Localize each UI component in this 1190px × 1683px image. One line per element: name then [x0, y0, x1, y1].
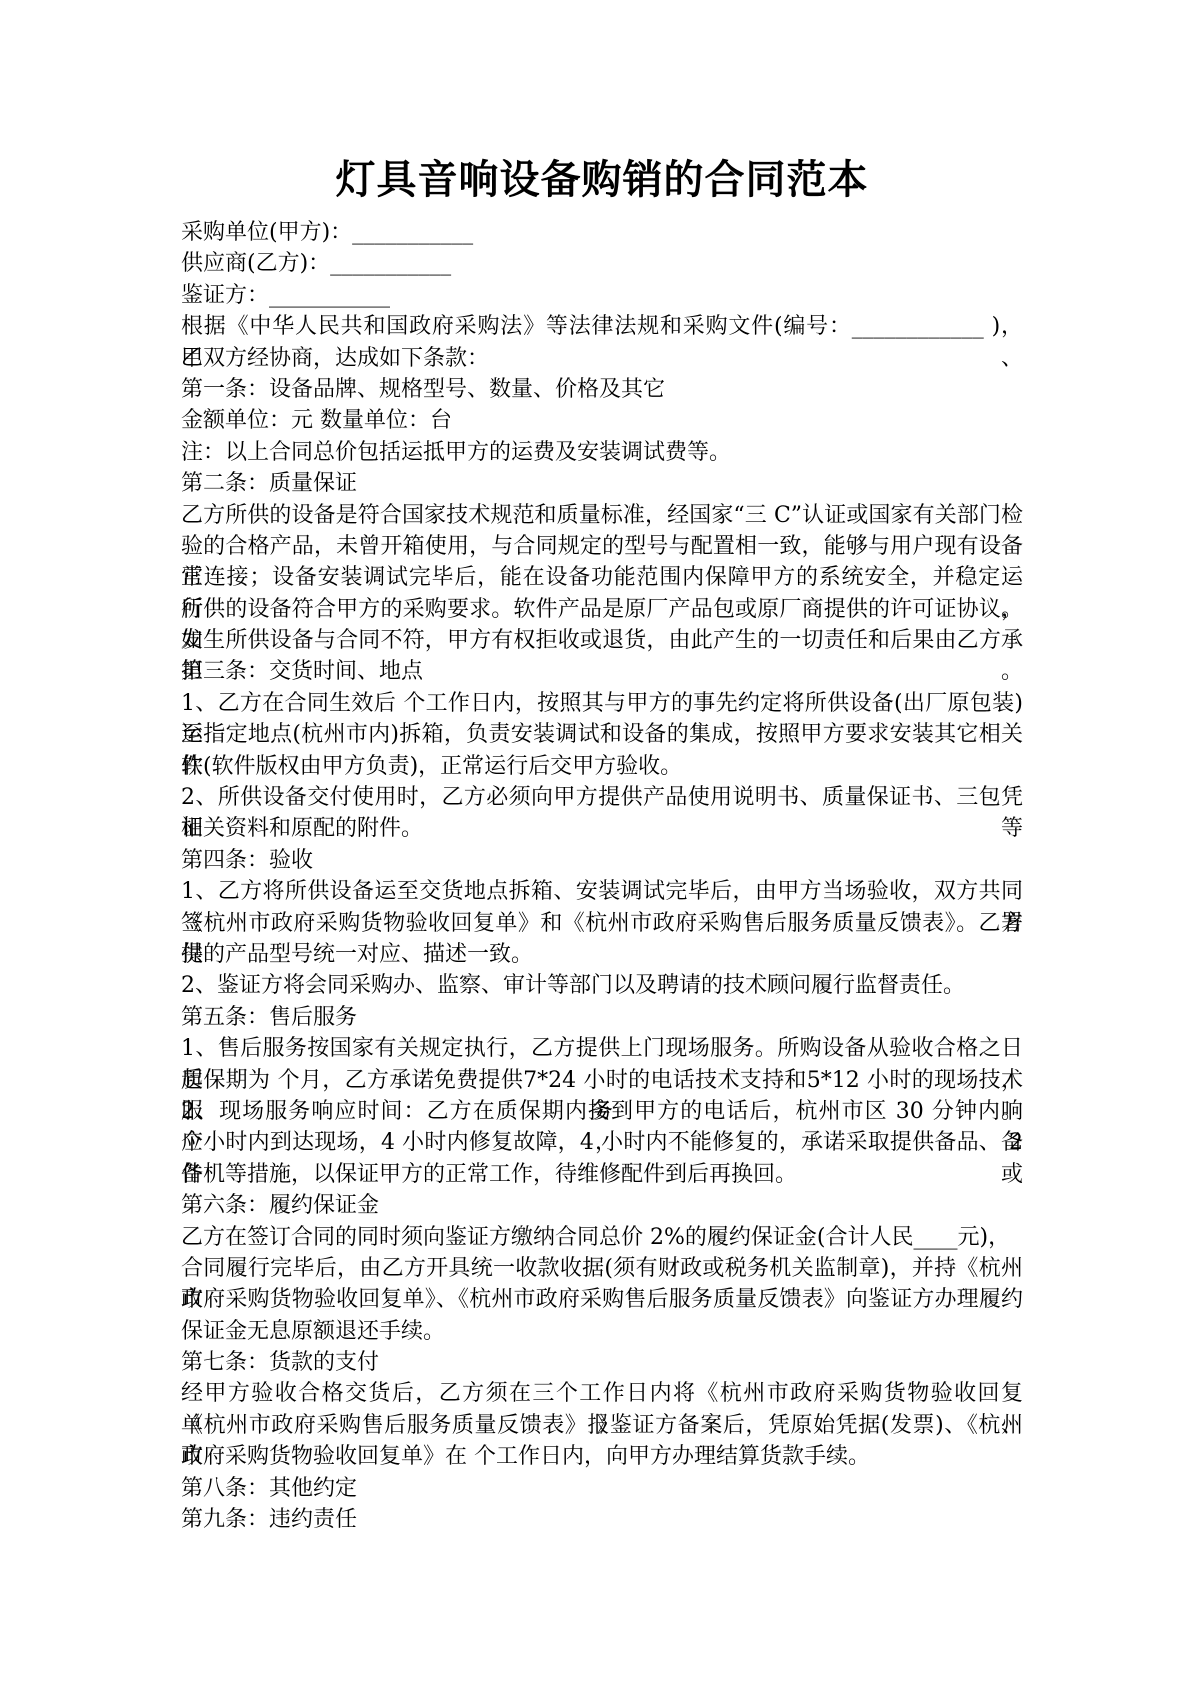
doc-line: 发生所供设备与合同不符，甲方有权拒收或退货，由此产生的一切责任和后果由乙方承担。: [181, 625, 1023, 656]
doc-line: 注：以上合同总价包括运抵甲方的运费及安装调试费等。: [181, 437, 1023, 468]
doc-line: 常连接；设备安装调试完毕后，能在设备功能范围内保障甲方的系统安全，并稳定运行，: [181, 562, 1023, 593]
doc-line: 政府采购货物验收回复单》在 个工作日内，向甲方办理结算货款手续。: [181, 1441, 1023, 1472]
doc-line: 保证金无息原额退还手续。: [181, 1316, 1023, 1347]
doc-line: 质保期为 个月，乙方承诺免费提供7*24 小时的电话技术支持和5*12 小时的现…: [181, 1065, 1023, 1096]
doc-line: 供的产品型号统一对应、描述一致。: [181, 939, 1023, 970]
section-heading-6: 第六条：履约保证金: [181, 1190, 1023, 1221]
section-heading-5: 第五条：售后服务: [181, 1002, 1023, 1033]
doc-line: 1、售后服务按国家有关规定执行，乙方提供上门现场服务。所购设备从验收合格之日起，: [181, 1033, 1023, 1064]
doc-line: 验的合格产品，未曾开箱使用，与合同规定的型号与配置相一致，能够与用户现有设备正: [181, 531, 1023, 562]
doc-line: 2、现场服务响应时间：乙方在质保期内接到甲方的电话后，杭州市区 30 分钟内响应…: [181, 1096, 1023, 1127]
document-title: 灯具音响设备购销的合同范本: [181, 154, 1023, 206]
doc-line: 《杭州市政府采购售后服务质量反馈表》报鉴证方备案后，凭原始凭据(发票)、《杭州市: [181, 1410, 1023, 1441]
doc-line: 合同履行完毕后，由乙方开具统一收款收据(须有财政或税务机关监制章)，并持《杭州市: [181, 1253, 1023, 1284]
doc-line: 经甲方验收合格交货后，乙方须在三个工作日内将《杭州市政府采购货物验收回复单》、: [181, 1378, 1023, 1409]
doc-line: 根据《中华人民共和国政府采购法》等法律法规和采购文件(编号：__________…: [181, 311, 1023, 342]
doc-line: 2、所供设备交付使用时，乙方必须向甲方提供产品使用说明书、质量保证书、三包凭证等: [181, 782, 1023, 813]
doc-line: 2、鉴证方将会同采购办、监察、审计等部门以及聘请的技术顾问履行监督责任。: [181, 970, 1023, 1001]
section-heading-1: 第一条：设备品牌、规格型号、数量、价格及其它: [181, 374, 1023, 405]
document-body: 采购单位(甲方)：___________ 供应商(乙方)：___________…: [181, 217, 1023, 1535]
doc-line: 政府采购货物验收回复单》、《杭州市政府采购售后服务质量反馈表》向鉴证方办理履约: [181, 1284, 1023, 1315]
doc-line: 《杭州市政府采购货物验收回复单》和《杭州市政府采购售后服务质量反馈表》。乙方提: [181, 908, 1023, 939]
doc-line: 乙方所供的设备是符合国家技术规范和质量标准，经国家“三 C”认证或国家有关部门检: [181, 500, 1023, 531]
doc-line: 所供的设备符合甲方的采购要求。软件产品是原厂产品包或原厂商提供的许可证协议。如: [181, 594, 1023, 625]
field-line-party-b: 供应商(乙方)：___________: [181, 248, 1023, 279]
doc-line: 件(软件版权由甲方负责)，正常运行后交甲方验收。: [181, 751, 1023, 782]
doc-line: 1、乙方在合同生效后 个工作日内，按照其与甲方的事先约定将所供设备(出厂原包装)…: [181, 688, 1023, 719]
section-heading-7: 第七条：货款的支付: [181, 1347, 1023, 1378]
document-page: 灯具音响设备购销的合同范本 采购单位(甲方)：___________ 供应商(乙…: [0, 0, 1190, 1683]
doc-line: 金额单位：元 数量单位：台: [181, 405, 1023, 436]
field-line-party-a: 采购单位(甲方)：___________: [181, 217, 1023, 248]
doc-line: 至指定地点(杭州市内)拆箱，负责安装调试和设备的集成，按照甲方要求安装其它相关软: [181, 719, 1023, 750]
field-line-certifier: 鉴证方：___________: [181, 280, 1023, 311]
section-heading-8: 第八条：其他约定: [181, 1473, 1023, 1504]
section-heading-4: 第四条：验收: [181, 845, 1023, 876]
doc-line: 乙方在签订合同的同时须向鉴证方缴纳合同总价 2%的履约保证金(合计人民____元…: [181, 1222, 1023, 1253]
section-heading-9: 第九条：违约责任: [181, 1504, 1023, 1535]
doc-line: 个小时内到达现场，4 小时内修复故障，4 小时内不能修复的，承诺采取提供备品、备…: [181, 1127, 1023, 1158]
section-heading-2: 第二条：质量保证: [181, 468, 1023, 499]
doc-line: 1、乙方将所供设备运至交货地点拆箱、安装调试完毕后，由甲方当场验收，双方共同签署: [181, 876, 1023, 907]
